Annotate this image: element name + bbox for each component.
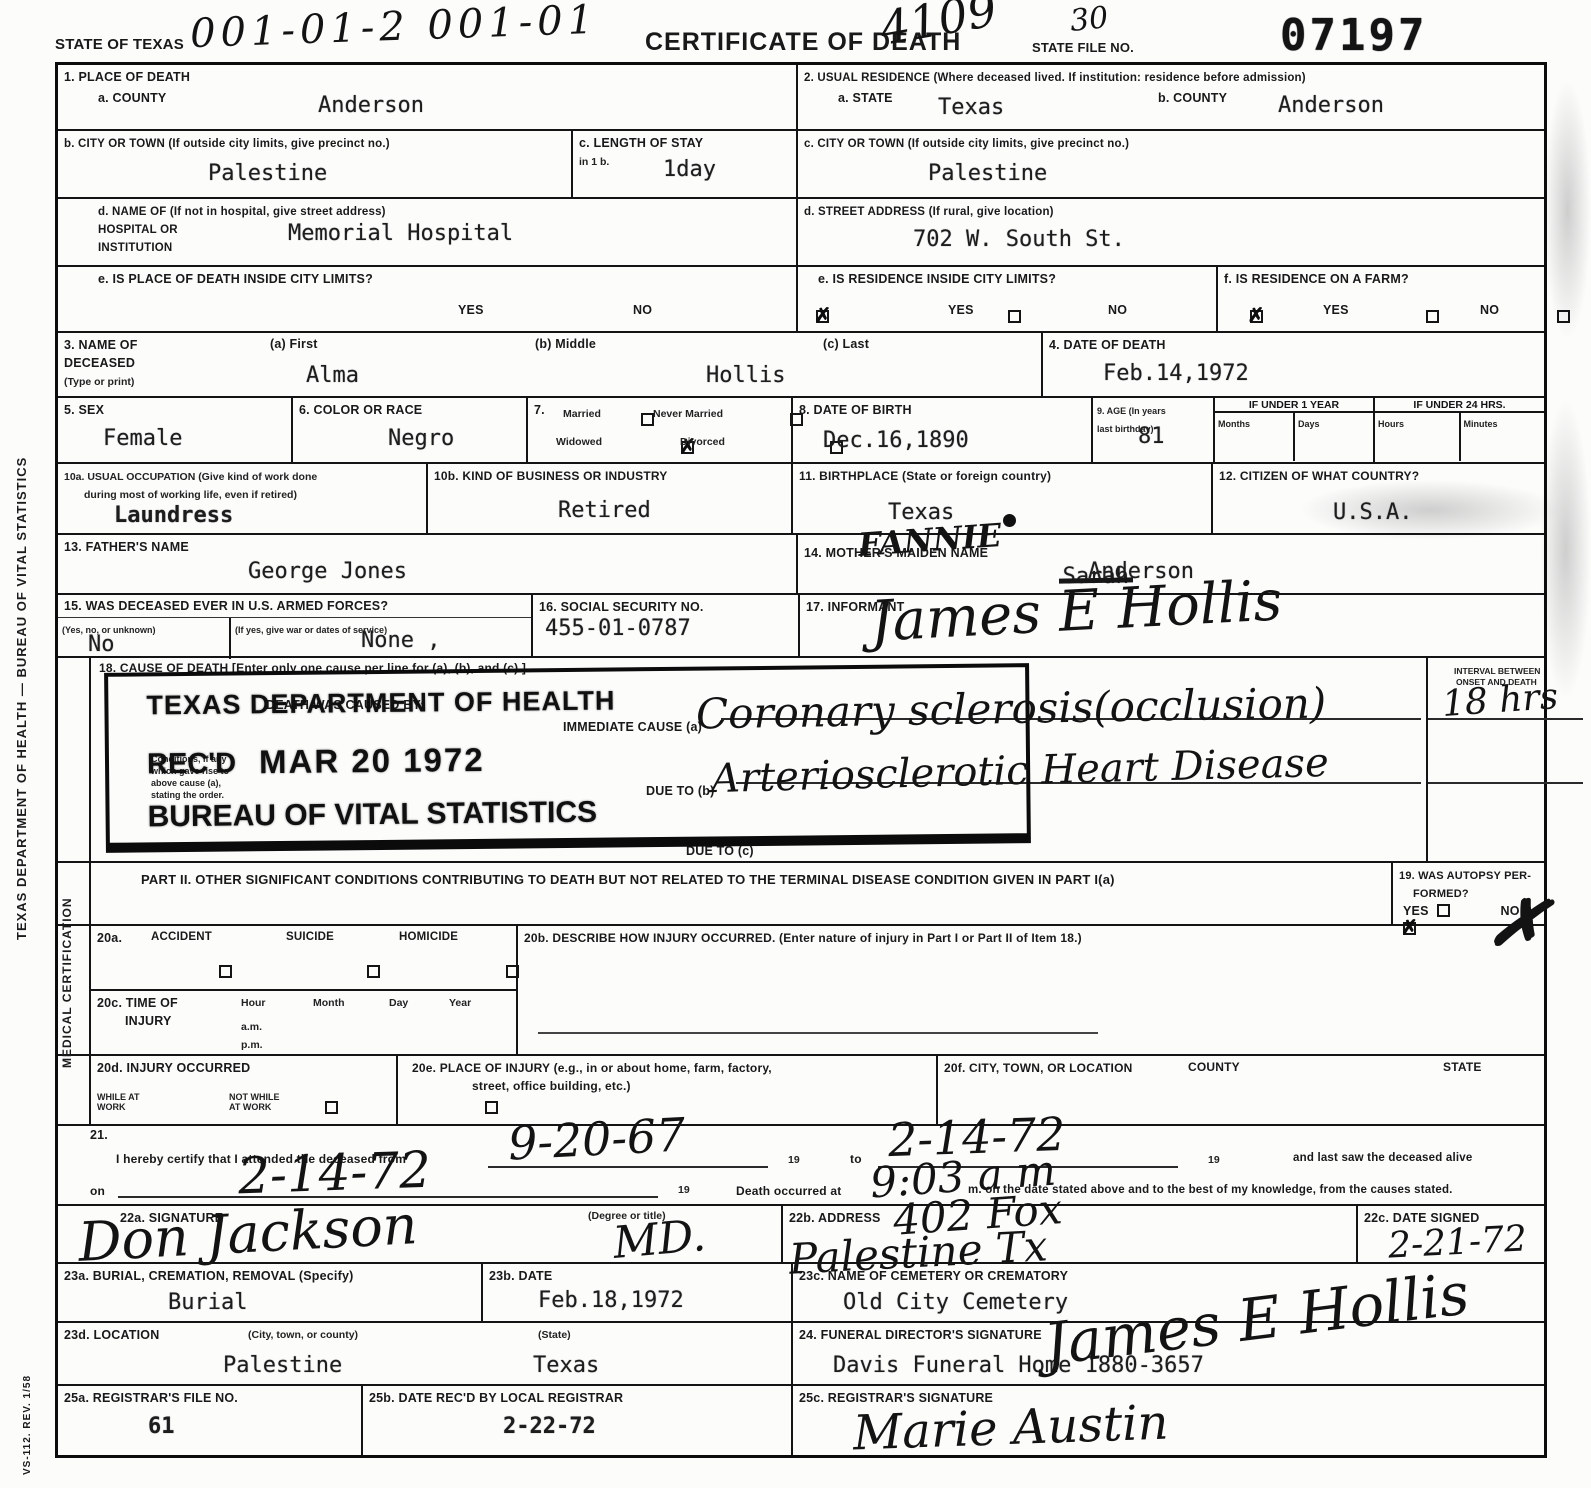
injury-county-label: COUNTY (1188, 1060, 1240, 1074)
hospital-cell: d. NAME OF (If not in hospital, give str… (58, 199, 798, 265)
row-city-limits: e. IS PLACE OF DEATH INSIDE CITY LIMITS?… (58, 267, 1544, 333)
hospital-label-2: HOSPITAL OR (98, 224, 178, 236)
street-address-cell: d. STREET ADDRESS (If rural, give locati… (798, 199, 1544, 265)
physician-address-cell: 22b. ADDRESS 402 Fox Palestine Tx (783, 1206, 1358, 1262)
age-label-1: 9. AGE (In years (1097, 406, 1166, 416)
to-word: to (850, 1152, 862, 1166)
homicide-label: HOMICIDE (399, 931, 458, 943)
residence-limits-label: e. IS RESIDENCE INSIDE CITY LIMITS? (818, 272, 1056, 286)
injury-city-label: 20f. CITY, TOWN, OR LOCATION (944, 1061, 1133, 1075)
hospital-label-1: d. NAME OF (If not in hospital, give str… (98, 206, 386, 218)
year-blank-2: 19 (1208, 1154, 1220, 1166)
name-title-1: 3. NAME OF (64, 338, 138, 352)
race-cell: 6. COLOR OR RACE Negro (293, 398, 528, 462)
residence-state-value: Texas (938, 95, 1004, 120)
first-name-value: Alma (306, 363, 359, 388)
ssn-value: 455-01-0787 (545, 616, 691, 641)
citizen-value: U.S.A. (1333, 500, 1412, 525)
physician-signature-cell: 22a. SIGNATURE (Degree or title) Don Jac… (58, 1206, 783, 1262)
occupation-value: Laundress (114, 503, 233, 528)
row-cause-of-death: 18. CAUSE OF DEATH [Enter only one cause… (58, 658, 1544, 863)
place-city-limits-label: e. IS PLACE OF DEATH INSIDE CITY LIMITS? (98, 272, 373, 286)
race-value: Negro (388, 426, 454, 451)
burial-date-value: Feb.18,1972 (538, 1288, 684, 1313)
am-label: a.m. (241, 1021, 262, 1033)
county-value: Anderson (318, 93, 424, 118)
registrar-file-label: 25a. REGISTRAR'S FILE NO. (64, 1391, 238, 1405)
residence-farm-label: f. IS RESIDENCE ON A FARM? (1224, 272, 1409, 286)
armed-forces-war-value: None , (361, 628, 440, 653)
ink-blot (1003, 514, 1016, 527)
stamp-line-1: TEXAS DEPARTMENT OF HEALTH (146, 685, 615, 721)
location-city-value: Palestine (223, 1353, 342, 1378)
not-while-label-2: AT WORK (229, 1102, 271, 1112)
birthplace-cell: 11. BIRTHPLACE (State or foreign country… (793, 464, 1213, 533)
injury-state-label: STATE (1443, 1060, 1482, 1074)
last-name-value: Hollis (706, 363, 785, 388)
hours-label: Hours (1378, 419, 1404, 429)
row-certification: 21. I hereby certify that I attended the… (58, 1126, 1544, 1206)
informant-cell: 17. INFORMANT James E Hollis (800, 595, 1544, 656)
residence-city-cell: c. CITY OR TOWN (If outside city limits,… (798, 131, 1544, 197)
race-label: 6. COLOR OR RACE (299, 403, 422, 417)
divorced-label: Divorced (680, 436, 725, 448)
injury-occurred-cell: 20d. INJURY OCCURRED WHILE AT WORK ✗ NOT… (91, 1056, 398, 1124)
cert-number: 21. (90, 1128, 108, 1142)
burial-date-cell: 23b. DATE Feb.18,1972 (483, 1264, 793, 1321)
middle-name-label: (b) Middle (535, 337, 596, 351)
armed-forces-cell: 15. WAS DECEASED EVER IN U.S. ARMED FORC… (58, 595, 533, 656)
occupation-label-2: during most of working life, even if ret… (64, 489, 297, 501)
describe-injury-cell: 20b. DESCRIBE HOW INJURY OCCURRED. (Ente… (518, 926, 1544, 1054)
immediate-cause-value: Coronary sclerosis(occlusion) (696, 679, 1327, 739)
cert-text-2: and last saw the deceased alive (1293, 1152, 1472, 1164)
date-of-birth-label: 8. DATE OF BIRTH (799, 403, 912, 417)
death-occurred-label: Death occurred at (736, 1184, 841, 1198)
farm-yes-label: YES (1323, 303, 1349, 317)
row-name-of-deceased: 3. NAME OF DECEASED (Type or print) (a) … (58, 333, 1544, 398)
not-while-label-1: NOT WHILE (229, 1092, 280, 1102)
accident-checkbox: ✗ (219, 965, 232, 978)
place-of-injury-label-1: 20e. PLACE OF INJURY (e.g., in or about … (412, 1061, 772, 1075)
place-of-death-title: 1. PLACE OF DEATH (64, 70, 190, 84)
armed-forces-answer-column: (Yes, no, or unknown) No (58, 618, 231, 659)
ssn-label: 16. SOCIAL SECURITY NO. (539, 600, 704, 614)
first-name-label: (a) First (270, 337, 318, 351)
date-of-birth-value: Dec.16,1890 (823, 428, 969, 453)
form-number-text: VS-112. REV. 1/58 (22, 1375, 33, 1475)
while-at-work-checkbox: ✗ (325, 1101, 338, 1114)
ssn-cell: 16. SOCIAL SECURITY NO. 455-01-0787 (533, 595, 800, 656)
street-address-value: 702 W. South St. (913, 227, 1125, 252)
part2-cell: PART II. OTHER SIGNIFICANT CONDITIONS CO… (91, 863, 1393, 924)
place-city-label: b. CITY OR TOWN (If outside city limits,… (64, 138, 390, 150)
row-location-director: 23d. LOCATION (City, town, or county) (S… (58, 1323, 1544, 1386)
place-limits-no-label: NO (633, 303, 652, 317)
interval-column: INTERVAL BETWEEN ONSET AND DEATH 18 hrs (1426, 658, 1583, 861)
hospital-label-3: INSTITUTION (98, 242, 172, 254)
row-sex-race-birth: 5. SEX Female 6. COLOR OR RACE Negro 7. … (58, 398, 1544, 464)
location-label: 23d. LOCATION (64, 1328, 159, 1342)
time-of-injury-label-1: 20c. TIME OF (97, 996, 178, 1010)
year-label: Year (449, 997, 471, 1009)
row-registrar: 25a. REGISTRAR'S FILE NO. 61 25b. DATE R… (58, 1386, 1544, 1455)
sex-value: Female (103, 426, 182, 451)
manner-of-injury-cell: 20a. ACCIDENT ✗ SUICIDE ✗ HOMICIDE ✗ (91, 926, 516, 991)
injury-occurred-label: 20d. INJURY OCCURRED (97, 1061, 250, 1075)
residence-county-label: b. COUNTY (1158, 91, 1227, 105)
state-file-number: 07197 (1280, 10, 1427, 61)
armed-forces-columns: (Yes, no, or unknown) No (If yes, give w… (58, 618, 531, 659)
farm-no-label: NO (1480, 303, 1499, 317)
describe-injury-label: 20b. DESCRIBE HOW INJURY OCCURRED. (Ente… (524, 931, 1082, 945)
armed-forces-label: 15. WAS DECEASED EVER IN U.S. ARMED FORC… (64, 599, 388, 613)
usual-residence-state-county-cell: 2. USUAL RESIDENCE (Where deceased lived… (798, 65, 1544, 129)
date-of-birth-cell: 8. DATE OF BIRTH Dec.16,1890 (793, 398, 1093, 462)
row-physician-signature: 22a. SIGNATURE (Degree or title) Don Jac… (58, 1206, 1544, 1264)
year-blank-3: 19 (678, 1184, 690, 1196)
row-injury-top: 20a. ACCIDENT ✗ SUICIDE ✗ HOMICIDE ✗ 20c… (58, 926, 1544, 1056)
farm-yes-checkbox: ✗ (1557, 310, 1570, 323)
state-of-texas-label: STATE OF TEXAS (55, 36, 184, 53)
handwritten-file-code: 001-01-2 001-01 (189, 0, 599, 57)
location-state-sublabel: (State) (538, 1329, 571, 1341)
row-parents: 13. FATHER'S NAME George Jones 14. MOTHE… (58, 535, 1544, 595)
cemetery-value: Old City Cemetery (843, 1290, 1068, 1315)
age-cell: 9. AGE (In years last birthday) 81 (1093, 398, 1215, 462)
widowed-label: Widowed (556, 436, 602, 448)
length-of-stay-cell: c. LENGTH OF STAY in 1 b. 1day (573, 131, 798, 197)
sidebar-medical-certification-text: MEDICAL CERTIFICATION (60, 856, 74, 1068)
registrar-date-cell: 25b. DATE REC'D BY LOCAL REGISTRAR 2-22-… (363, 1386, 793, 1455)
residence-city-value: Palestine (928, 161, 1047, 186)
degree-value: MD. (611, 1210, 708, 1269)
burial-type-value: Burial (168, 1290, 247, 1315)
while-at-work-label-1: WHILE AT (97, 1092, 140, 1102)
interval-line-b (1428, 782, 1583, 784)
day-label: Day (389, 997, 408, 1009)
place-city-cell: b. CITY OR TOWN (If outside city limits,… (58, 131, 573, 197)
row-occupation: 10a. USUAL OCCUPATION (Give kind of work… (58, 464, 1544, 535)
sex-cell: 5. SEX Female (58, 398, 293, 462)
funeral-director-label: 24. FUNERAL DIRECTOR'S SIGNATURE (799, 1328, 1042, 1342)
place-city-limits-cell: e. IS PLACE OF DEATH INSIDE CITY LIMITS?… (58, 267, 798, 331)
time-of-injury-label-2: INJURY (97, 1014, 172, 1028)
scan-blotch (1540, 400, 1591, 700)
month-label: Month (313, 997, 345, 1009)
death-certificate-scan: TEXAS DEPARTMENT OF HEALTH — BUREAU OF V… (0, 0, 1591, 1488)
attended-from-date: 9-20-67 (507, 1107, 687, 1170)
place-of-death-county-cell: 1. PLACE OF DEATH a. COUNTY Anderson (58, 65, 798, 129)
under-1-year-columns: Months Days (1215, 413, 1373, 461)
residence-limits-no-label: NO (1108, 303, 1127, 317)
residence-limits-yes-label: YES (948, 303, 974, 317)
part2-text: PART II. OTHER SIGNIFICANT CONDITIONS CO… (141, 872, 1115, 887)
usual-residence-title: 2. USUAL RESIDENCE (Where deceased lived… (804, 72, 1306, 84)
location-state-value: Texas (533, 1353, 599, 1378)
interval-value: 18 hrs (1441, 676, 1560, 725)
name-title-2: DECEASED (64, 356, 135, 370)
medical-gutter (58, 1126, 88, 1204)
autopsy-yes-checkbox: ✗ (1437, 904, 1450, 917)
autopsy-cell: 19. WAS AUTOPSY PER- FORMED? YES ✗ NO ✗ … (1393, 863, 1544, 924)
burial-location-cell: 23d. LOCATION (City, town, or county) (S… (58, 1323, 793, 1384)
occupation-cell: 10a. USUAL OCCUPATION (Give kind of work… (58, 464, 428, 533)
scan-blotch (1544, 80, 1591, 340)
row-hospital-street: d. NAME OF (If not in hospital, give str… (58, 199, 1544, 267)
marital-number-label: 7. (534, 403, 545, 417)
handwritten-number-2: 30 (1068, 0, 1110, 39)
residence-city-label: c. CITY OR TOWN (If outside city limits,… (804, 138, 1129, 150)
business-cell: 10b. KIND OF BUSINESS OR INDUSTRY Retire… (428, 464, 793, 533)
registrar-signature-cell: 25c. REGISTRAR'S SIGNATURE Marie Austin (793, 1386, 1544, 1455)
row-city-town: b. CITY OR TOWN (If outside city limits,… (58, 131, 1544, 199)
business-value: Retired (558, 498, 651, 523)
autopsy-label-2: FORMED? (1399, 888, 1469, 900)
days-label: Days (1298, 419, 1320, 429)
burial-date-label: 23b. DATE (489, 1269, 552, 1283)
county-label: a. COUNTY (98, 91, 166, 105)
date-signed-cell: 22c. DATE SIGNED 2-21-72 (1358, 1206, 1544, 1262)
pm-label: p.m. (241, 1039, 263, 1051)
father-name-label: 13. FATHER'S NAME (64, 540, 189, 554)
place-of-injury-label-2: street, office building, etc.) (412, 1079, 631, 1093)
last-name-label: (c) Last (823, 337, 869, 351)
under-24-hrs-columns: Hours Minutes (1375, 413, 1544, 461)
married-label: Married (563, 408, 601, 420)
birthplace-label: 11. BIRTHPLACE (State or foreign country… (799, 469, 1051, 483)
if-under-1-year-cell: IF UNDER 1 YEAR Months Days (1215, 398, 1375, 462)
minutes-label: Minutes (1464, 419, 1498, 429)
under-24-hrs-header: IF UNDER 24 HRS. (1375, 398, 1544, 413)
days-column: Days (1295, 413, 1373, 461)
residence-state-label: a. STATE (838, 91, 893, 105)
street-address-label: d. STREET ADDRESS (If rural, give locati… (804, 206, 1054, 218)
armed-forces-answer-value: No (88, 632, 115, 657)
injury-left-column: 20a. ACCIDENT ✗ SUICIDE ✗ HOMICIDE ✗ 20c… (91, 926, 518, 1054)
medical-gutter (58, 658, 91, 861)
sidebar-department-text: TEXAS DEPARTMENT OF HEALTH — BUREAU OF V… (14, 230, 29, 940)
residence-county-value: Anderson (1278, 93, 1384, 118)
registrar-date-value: 2-22-72 (503, 1414, 596, 1439)
interval-label-1: INTERVAL BETWEEN (1454, 666, 1540, 676)
stamp-recd: REC'D (147, 747, 236, 781)
state-file-no-label: STATE FILE NO. (1032, 40, 1134, 55)
occupation-label-1: 10a. USUAL OCCUPATION (Give kind of work… (64, 471, 317, 483)
place-city-value: Palestine (208, 161, 327, 186)
funeral-director-cell: 24. FUNERAL DIRECTOR'S SIGNATURE Davis F… (793, 1323, 1544, 1384)
hour-label: Hour (241, 997, 266, 1009)
father-name-cell: 13. FATHER'S NAME George Jones (58, 535, 798, 593)
hours-column: Hours (1375, 413, 1461, 461)
stamp-line-3: BUREAU OF VITAL STATISTICS (147, 796, 597, 835)
suicide-label: SUICIDE (286, 931, 334, 943)
row-place-residence-top: 1. PLACE OF DEATH a. COUNTY Anderson 2. … (58, 65, 1544, 131)
homicide-checkbox: ✗ (506, 965, 519, 978)
while-at-work-label-2: WORK (97, 1102, 126, 1112)
months-label: Months (1218, 419, 1250, 429)
if-under-24-hrs-cell: IF UNDER 24 HRS. Hours Minutes (1375, 398, 1544, 462)
certificate-form-body: 1. PLACE OF DEATH a. COUNTY Anderson 2. … (55, 62, 1547, 1458)
marital-status-cell: 7. Married ✗ Never Married ✗ Widowed ✗ D… (528, 398, 793, 462)
age-value: 81 (1138, 424, 1165, 449)
date-of-death-cell: 4. DATE OF DEATH Feb.14,1972 (1043, 333, 1544, 396)
certification-cell: 21. I hereby certify that I attended the… (88, 1126, 1544, 1204)
registrar-signature: Marie Austin (852, 1395, 1169, 1462)
physician-signature: Don Jackson (77, 1193, 419, 1274)
business-label: 10b. KIND OF BUSINESS OR INDUSTRY (434, 469, 668, 483)
armed-forces-header: 15. WAS DECEASED EVER IN U.S. ARMED FORC… (58, 595, 531, 618)
residence-farm-cell: f. IS RESIDENCE ON A FARM? YES ✗ NO ✗ (1218, 267, 1544, 331)
never-married-label: Never Married (653, 408, 723, 420)
manner-number-label: 20a. (97, 931, 122, 945)
autopsy-no-x-mark: ✗ (1484, 877, 1554, 967)
address-label: 22b. ADDRESS (789, 1211, 881, 1225)
residence-city-limits-cell: e. IS RESIDENCE INSIDE CITY LIMITS? YES … (798, 267, 1218, 331)
suicide-checkbox: ✗ (367, 965, 380, 978)
length-of-stay-sublabel: in 1 b. (579, 156, 609, 168)
stamp-date: MAR 20 1972 (259, 741, 485, 781)
location-city-sublabel: (City, town, or county) (248, 1329, 358, 1341)
minutes-column: Minutes (1461, 413, 1545, 461)
registrar-date-label: 25b. DATE REC'D BY LOCAL REGISTRAR (369, 1391, 623, 1405)
father-name-value: George Jones (248, 559, 407, 584)
on-word: on (90, 1184, 105, 1198)
under-1-year-header: IF UNDER 1 YEAR (1215, 398, 1373, 413)
row-armed-forces-ssn: 15. WAS DECEASED EVER IN U.S. ARMED FORC… (58, 595, 1544, 658)
registrar-file-cell: 25a. REGISTRAR'S FILE NO. 61 (58, 1386, 363, 1455)
sex-label: 5. SEX (64, 403, 104, 417)
hospital-value: Memorial Hospital (288, 221, 513, 246)
length-of-stay-label: c. LENGTH OF STAY (579, 136, 703, 150)
accident-label: ACCIDENT (151, 931, 212, 943)
row-part2-autopsy: PART II. OTHER SIGNIFICANT CONDITIONS CO… (58, 863, 1544, 926)
date-of-death-label: 4. DATE OF DEATH (1049, 338, 1166, 352)
place-limits-yes-label: YES (458, 303, 484, 317)
registrar-file-value: 61 (148, 1414, 175, 1439)
months-column: Months (1215, 413, 1295, 461)
date-of-death-value: Feb.14,1972 (1103, 361, 1249, 386)
length-of-stay-value: 1day (663, 157, 716, 182)
cause-of-death-cell: 18. CAUSE OF DEATH [Enter only one cause… (91, 658, 1544, 861)
name-title-3: (Type or print) (64, 376, 134, 388)
time-of-injury-cell: 20c. TIME OF INJURY Hour Month Day Year … (91, 991, 516, 1054)
row-injury-place: 20d. INJURY OCCURRED WHILE AT WORK ✗ NOT… (58, 1056, 1544, 1126)
citizen-label: 12. CITIZEN OF WHAT COUNTRY? (1219, 469, 1419, 483)
year-blank-1: 19 (788, 1154, 800, 1166)
burial-type-cell: 23a. BURIAL, CREMATION, REMOVAL (Specify… (58, 1264, 483, 1321)
describe-injury-line (538, 1032, 1098, 1034)
armed-forces-war-column: (If yes, give war or dates of service) N… (231, 618, 531, 659)
citizen-cell: 12. CITIZEN OF WHAT COUNTRY? U.S.A. (1213, 464, 1544, 533)
name-of-deceased-cell: 3. NAME OF DECEASED (Type or print) (a) … (58, 333, 1043, 396)
